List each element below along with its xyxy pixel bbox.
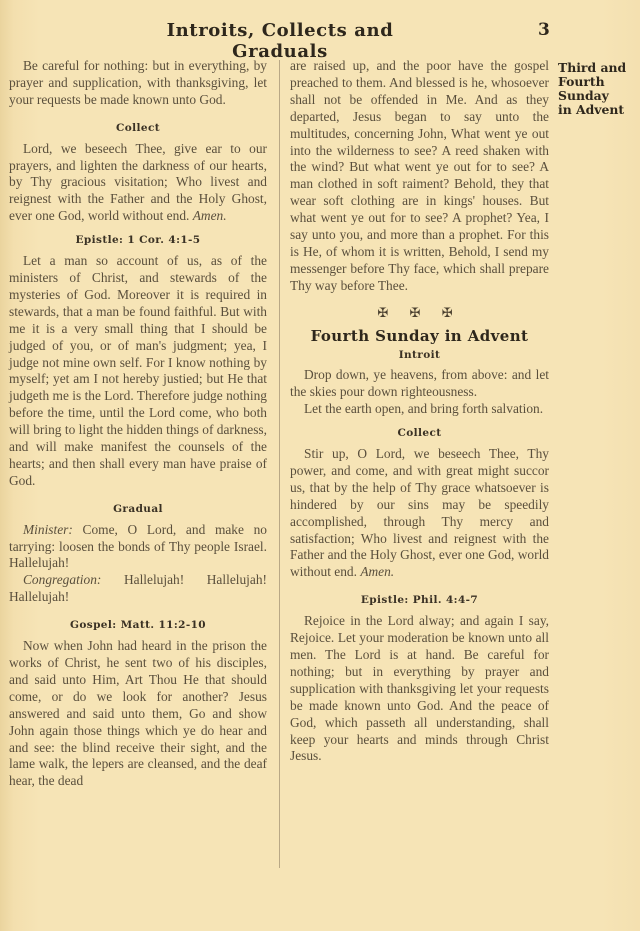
minister-label: Minister:: [23, 522, 73, 537]
collect-heading: Collect: [9, 120, 267, 137]
page-header: Introits, Collects and Graduals 3: [0, 18, 640, 48]
margin-note-line: Sunday: [558, 89, 638, 103]
page-number: 3: [538, 20, 550, 40]
collect-text: Stir up, O Lord, we beseech Thee, Thy po…: [290, 446, 549, 581]
amen: Amen.: [193, 208, 227, 223]
cross-divider-icon: ✠ ✠ ✠: [290, 305, 549, 322]
gospel-heading: Gospel: Matt. 11:2-10: [9, 617, 267, 634]
amen: Amen.: [360, 564, 394, 579]
margin-note-line: in Advent: [558, 103, 638, 117]
epistle-text: Rejoice in the Lord alway; and again I s…: [290, 613, 549, 765]
right-column: are raised up, and the poor have the gos…: [290, 58, 549, 765]
collect-text: Lord, we beseech Thee, give ear to our p…: [9, 141, 267, 226]
introit-verse-2: Let the earth open, and bring forth salv…: [290, 401, 549, 418]
epistle-heading: Epistle: 1 Cor. 4:1-5: [9, 232, 267, 249]
gospel-text: Now when John had heard in the prison th…: [9, 638, 267, 790]
gospel-continuation: are raised up, and the poor have the gos…: [290, 58, 549, 295]
introit-verse-1: Drop down, ye heavens, from above: and l…: [290, 367, 549, 401]
margin-note: Third and Fourth Sunday in Advent: [558, 61, 638, 117]
collect-heading: Collect: [290, 425, 549, 442]
epistle-heading: Epistle: Phil. 4:4-7: [290, 592, 549, 609]
left-column: Be careful for nothing: but in everythin…: [9, 58, 267, 790]
gradual-heading: Gradual: [9, 501, 267, 518]
gradual-congregation: Congregation: Hallelujah! Hallelujah! Ha…: [9, 572, 267, 606]
epistle-continuation: Be careful for nothing: but in everythin…: [9, 58, 267, 109]
gradual-minister: Minister: Come, O Lord, and make no tarr…: [9, 522, 267, 573]
column-divider: [279, 60, 280, 868]
running-title: Introits, Collects and Graduals: [130, 20, 430, 62]
introit-heading: Introit: [290, 347, 549, 364]
epistle-text: Let a man so account of us, as of the mi…: [9, 253, 267, 490]
margin-note-line: Third and: [558, 61, 638, 75]
section-title: Fourth Sunday in Advent: [290, 328, 549, 345]
congregation-label: Congregation:: [23, 572, 101, 587]
margin-note-line: Fourth: [558, 75, 638, 89]
